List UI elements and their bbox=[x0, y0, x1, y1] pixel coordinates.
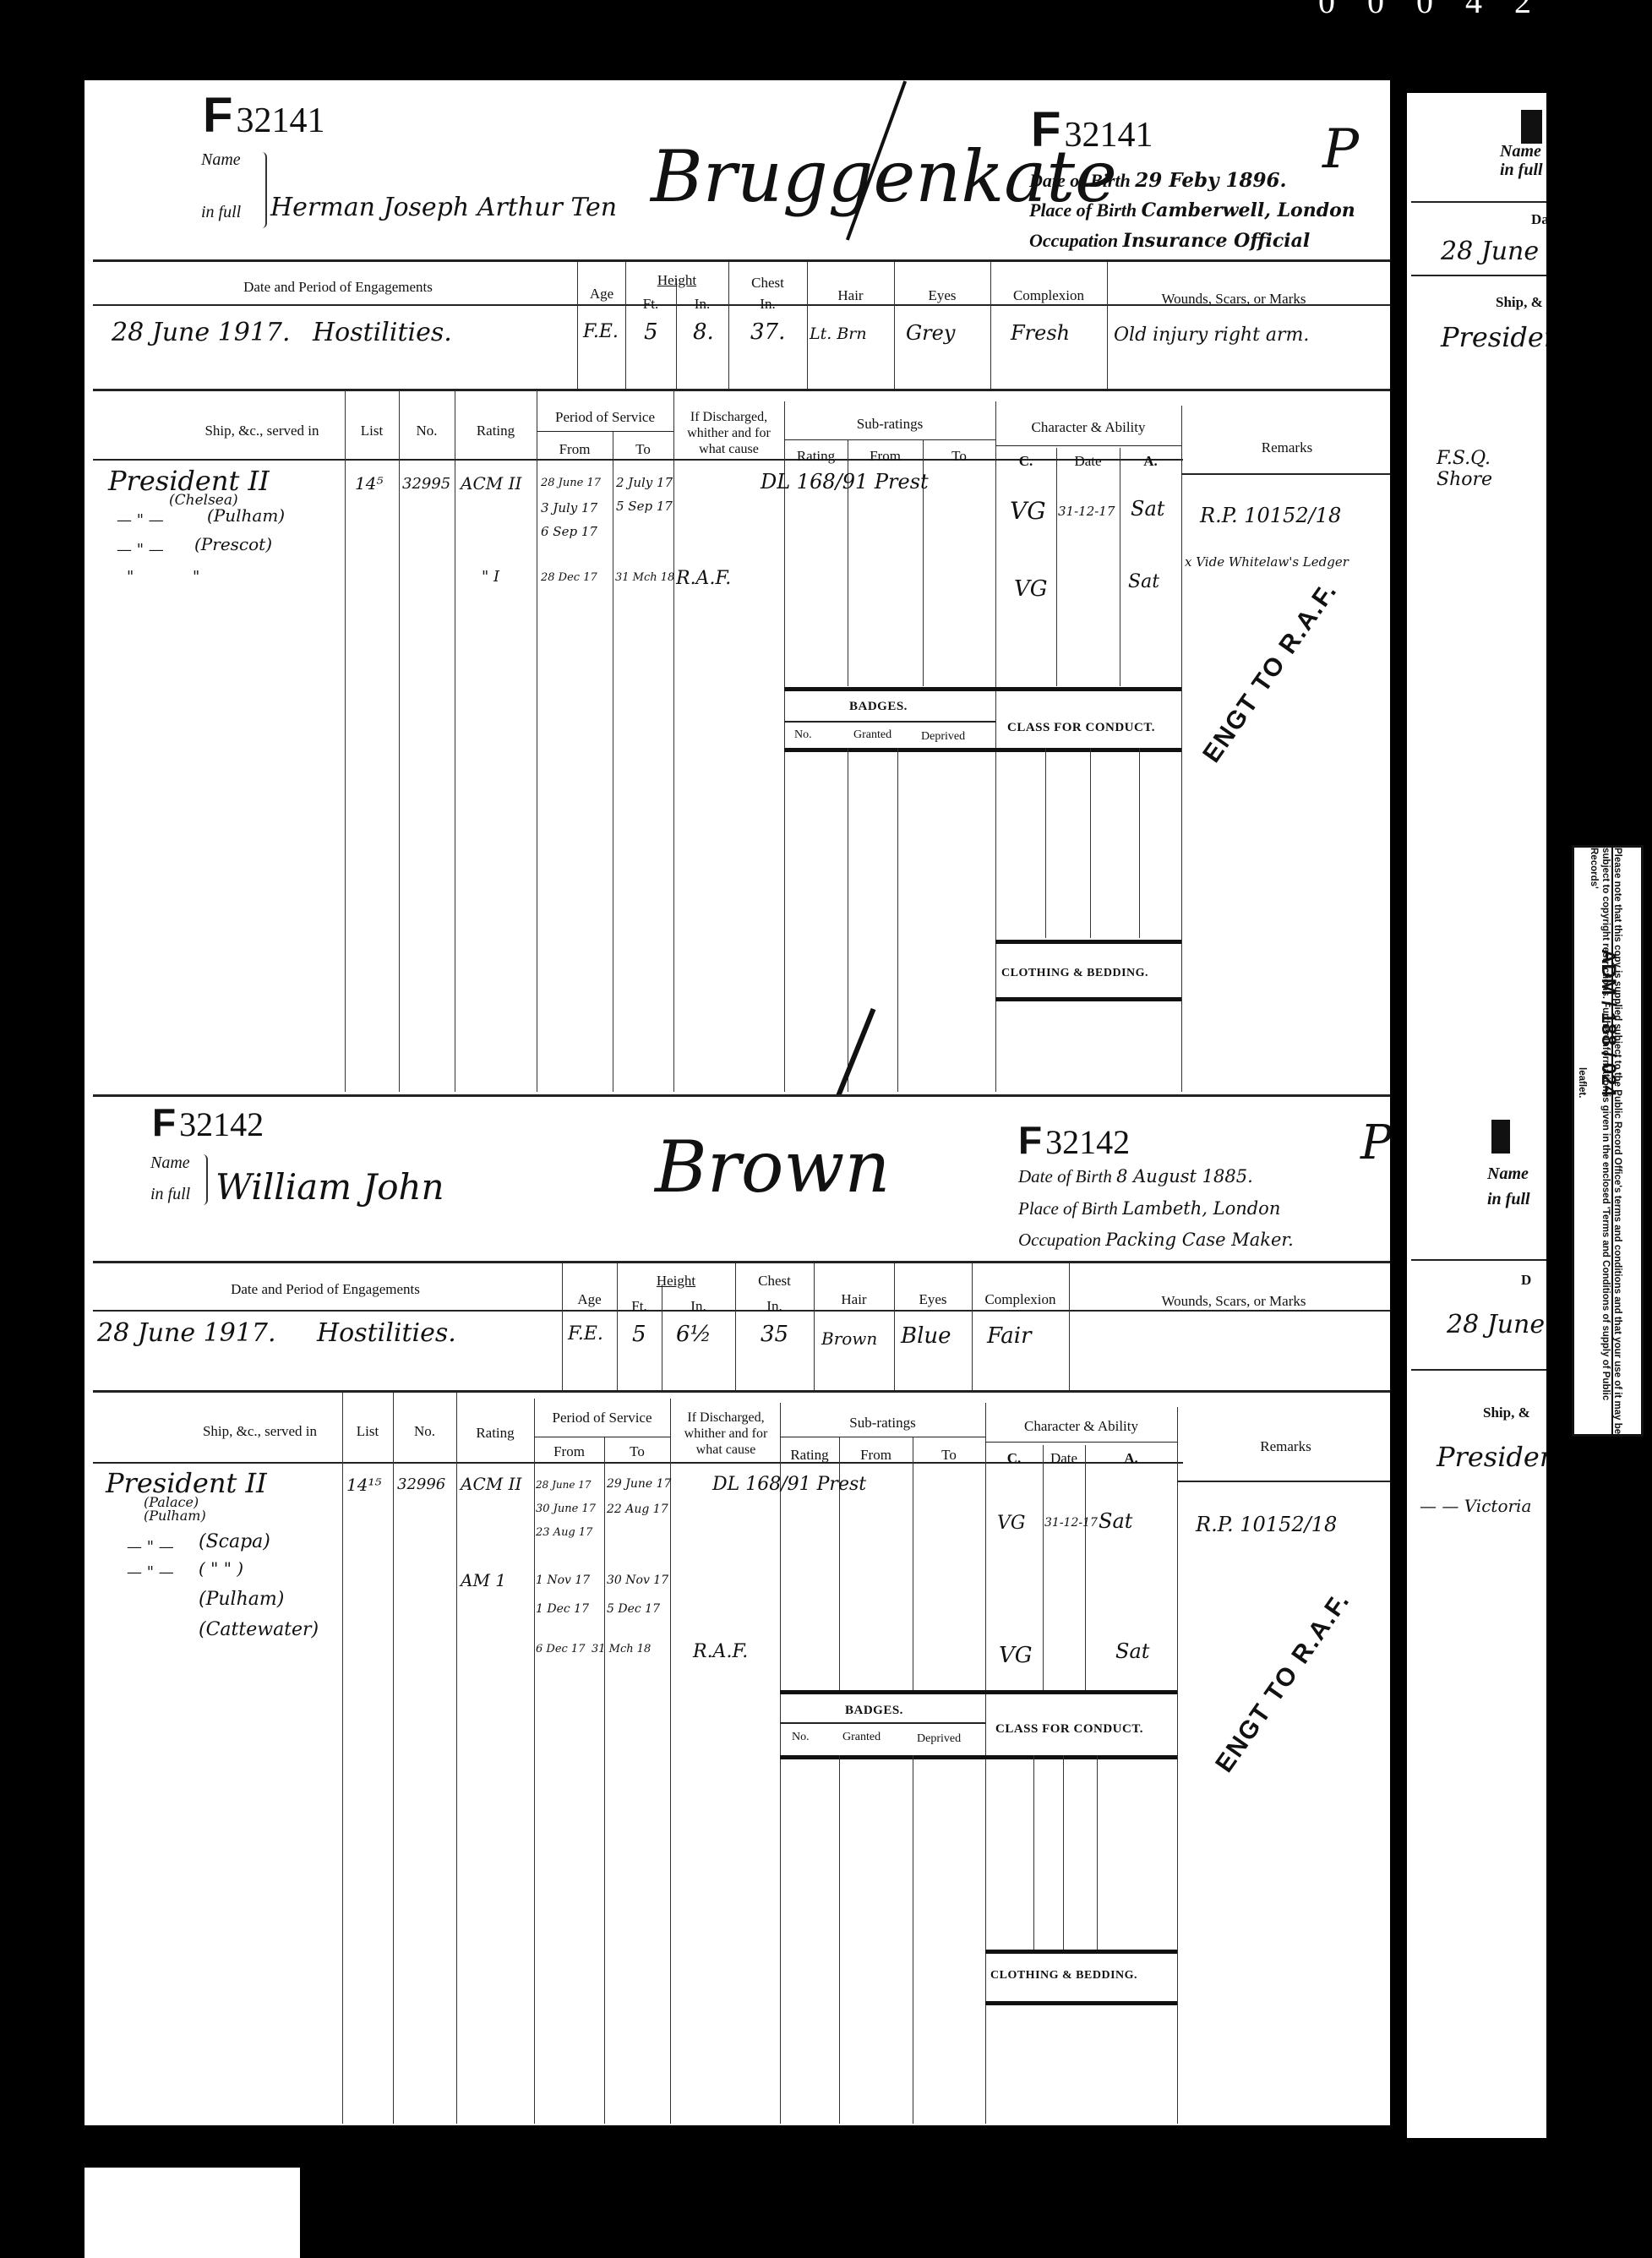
ship-sub: " bbox=[193, 568, 199, 586]
pob-value: Camberwell, London bbox=[1142, 199, 1355, 221]
to-value: 31 Mch 18 bbox=[592, 1643, 651, 1655]
character-a: Sat bbox=[1099, 1509, 1132, 1533]
rating-header: Rating bbox=[456, 1425, 534, 1442]
class-conduct-header: CLASS FOR CONDUCT. bbox=[995, 1722, 1143, 1737]
ship-header: Ship, &c., served in bbox=[186, 423, 338, 439]
class-conduct-header: CLASS FOR CONDUCT. bbox=[1007, 721, 1155, 735]
col-line bbox=[894, 1263, 895, 1390]
wounds-value: Old injury right arm. bbox=[1114, 325, 1309, 346]
in-full-label: in full bbox=[1487, 1190, 1530, 1209]
subratings-header: Sub-ratings bbox=[784, 416, 995, 433]
no-header: No. bbox=[393, 1423, 456, 1440]
ship-value: — " — bbox=[117, 541, 164, 559]
divider bbox=[995, 940, 1181, 944]
pob-row: Place of Birth Camberwell, London bbox=[1029, 199, 1355, 221]
divider bbox=[780, 1437, 985, 1437]
dob-label: Date of Birth bbox=[1018, 1166, 1112, 1186]
eyes-header: Eyes bbox=[894, 287, 990, 304]
f-prefix: F bbox=[203, 91, 232, 140]
ship-sub: (Cattewater) bbox=[199, 1619, 319, 1640]
character-a: Sat bbox=[1131, 497, 1164, 521]
divider bbox=[93, 259, 1394, 262]
discharge-value: R.A.F. bbox=[693, 1641, 748, 1662]
hair-value: Lt. Brn bbox=[810, 325, 867, 343]
divider bbox=[784, 687, 1181, 691]
col-line bbox=[780, 1403, 781, 2124]
f-prefix-fragment bbox=[1521, 110, 1542, 144]
in-full-label: in full bbox=[150, 1185, 190, 1204]
service-number-right: F32141 bbox=[1031, 106, 1153, 155]
pob-value: Lambeth, London bbox=[1122, 1198, 1280, 1219]
given-names: William John bbox=[215, 1166, 444, 1208]
chest-header: Chest bbox=[728, 275, 807, 292]
f-prefix-fragment bbox=[1491, 1120, 1510, 1154]
ship-value: " bbox=[127, 568, 134, 586]
from-value: 30 June 17 bbox=[536, 1503, 596, 1515]
col-line bbox=[848, 748, 848, 1092]
ship-sub: (Palace) (Pulham) bbox=[144, 1496, 237, 1523]
complexion-value: Fair bbox=[987, 1323, 1032, 1349]
divider bbox=[995, 997, 1181, 1001]
subrating-rating-header: Rating bbox=[784, 448, 848, 465]
character-c: VG bbox=[1010, 497, 1046, 525]
a-header: A. bbox=[1120, 453, 1181, 470]
divider bbox=[985, 1950, 1177, 1954]
occupation-row: Occupation Packing Case Maker. bbox=[1018, 1230, 1294, 1251]
notice-text: Please note that this copy is supplied s… bbox=[1576, 848, 1623, 1439]
divider bbox=[995, 445, 1181, 446]
ship-sub: (Pulham) bbox=[199, 1589, 284, 1610]
divider bbox=[534, 1437, 670, 1437]
height-ft-header: Ft. bbox=[625, 296, 676, 313]
ship-sub: ( " " ) bbox=[199, 1558, 243, 1579]
date-fragment: 28 June bbox=[1441, 237, 1539, 266]
col-line bbox=[784, 401, 785, 1092]
remarks-value: x Vide Whitelaw's Ledger bbox=[1185, 554, 1349, 570]
note-fragment: — — Victoria bbox=[1420, 1496, 1531, 1516]
col-line bbox=[1033, 1755, 1034, 1950]
col-line bbox=[814, 1263, 815, 1390]
notice-line: subject to copyright restrictions. Furth… bbox=[1588, 848, 1611, 1439]
from-value: 23 Aug 17 bbox=[536, 1526, 592, 1539]
clothing-bedding-header: CLOTHING & BEDDING. bbox=[1001, 967, 1148, 980]
character-date: 31-12-17 bbox=[1058, 504, 1115, 519]
hair-value: Brown bbox=[821, 1328, 877, 1349]
character-header: Character & Ability bbox=[985, 1418, 1177, 1435]
col-line bbox=[1063, 1755, 1064, 1950]
col-line bbox=[613, 431, 613, 1092]
engagement-header: Date and Period of Engagements bbox=[101, 279, 575, 296]
dob-row: Date of Birth 29 Feby 1896. bbox=[1029, 169, 1287, 192]
ship-header-fragment: Ship, & bbox=[1496, 294, 1543, 311]
divider bbox=[93, 389, 1394, 391]
chest-value: 35 bbox=[761, 1322, 788, 1347]
complexion-header: Complexion bbox=[972, 1291, 1069, 1308]
col-line bbox=[913, 1755, 913, 2124]
f-prefix: F bbox=[1031, 106, 1060, 155]
col-line bbox=[990, 262, 991, 389]
to-value: 22 Aug 17 bbox=[607, 1503, 668, 1516]
period-header: Period of Service bbox=[534, 1410, 670, 1426]
col-line bbox=[897, 748, 898, 1092]
height-ft-value: 5 bbox=[632, 1322, 646, 1347]
list-header: List bbox=[345, 423, 399, 439]
col-line bbox=[577, 262, 578, 389]
character-c: VG bbox=[999, 1643, 1033, 1668]
badges-header: BADGES. bbox=[849, 700, 908, 714]
col-line bbox=[1085, 1445, 1086, 1690]
dob-row: Date of Birth 8 August 1885. bbox=[1018, 1166, 1253, 1187]
col-line bbox=[670, 1399, 671, 2124]
from-value: 28 June 17 bbox=[541, 477, 601, 489]
eyes-header: Eyes bbox=[894, 1291, 972, 1308]
badges-header: BADGES. bbox=[845, 1704, 903, 1718]
from-header: From bbox=[537, 441, 613, 458]
divider bbox=[784, 721, 995, 723]
date-header: Date bbox=[1056, 453, 1120, 470]
date-header-fragment: D bbox=[1521, 1272, 1531, 1289]
character-a: Sat bbox=[1115, 1639, 1149, 1663]
hair-header: Hair bbox=[807, 287, 894, 304]
chest-in-header: In. bbox=[735, 1298, 814, 1315]
dob-value: 29 Feby 1896. bbox=[1135, 169, 1286, 192]
divider bbox=[537, 431, 673, 432]
service-number: 32141 bbox=[1064, 116, 1153, 155]
from-value: 6 Sep 17 bbox=[541, 524, 597, 539]
service-number-left: F32141 bbox=[203, 91, 324, 141]
subrating-to-header: To bbox=[923, 448, 995, 465]
service-number: 32142 bbox=[179, 1105, 264, 1143]
c-header: C. bbox=[995, 453, 1056, 470]
page-divider-bar bbox=[1390, 80, 1407, 2142]
character-date: 31-12-17 bbox=[1044, 1516, 1098, 1530]
to-value: 5 Dec 17 bbox=[607, 1602, 660, 1616]
no-header: No. bbox=[399, 423, 455, 439]
badges-no-header: No. bbox=[792, 1731, 810, 1744]
to-value: 31 Mch 18 bbox=[615, 571, 674, 584]
height-in-value: 6½ bbox=[676, 1322, 712, 1347]
col-line bbox=[345, 390, 346, 1092]
no-value: 32995 bbox=[402, 475, 450, 493]
from-header: From bbox=[534, 1443, 604, 1460]
character-c: VG bbox=[1014, 576, 1048, 602]
from-value: 1 Nov 17 bbox=[536, 1574, 590, 1587]
f-prefix: F bbox=[152, 1103, 176, 1142]
col-line bbox=[1181, 406, 1182, 1092]
height-header: Height bbox=[617, 1273, 735, 1290]
col-line bbox=[972, 1263, 973, 1390]
adjacent-card-strip bbox=[1407, 93, 1546, 2138]
in-full-label: in full bbox=[201, 203, 241, 222]
engagement-period: Hostilities. bbox=[317, 1318, 456, 1348]
col-line bbox=[562, 1263, 563, 1390]
remarks-header: Remarks bbox=[1177, 1438, 1394, 1455]
age-value: F.E. bbox=[568, 1323, 603, 1344]
divider bbox=[1411, 1369, 1546, 1371]
col-line bbox=[534, 1399, 535, 2124]
record-separator bbox=[93, 1094, 1394, 1097]
height-ft-header: Ft. bbox=[617, 1298, 662, 1315]
to-value: 30 Nov 17 bbox=[607, 1574, 668, 1587]
divider bbox=[780, 1690, 1177, 1694]
ship-sub: (Prescot) bbox=[194, 534, 272, 554]
bottom-white-label bbox=[85, 2168, 300, 2258]
col-line bbox=[1056, 448, 1057, 686]
occupation-label: Occupation bbox=[1029, 230, 1118, 251]
dob-value: 8 August 1885. bbox=[1116, 1166, 1253, 1186]
name-label: Name bbox=[1500, 142, 1541, 161]
ship-sub: (Scapa) bbox=[199, 1531, 270, 1552]
divider bbox=[1181, 473, 1393, 475]
col-line bbox=[1107, 262, 1108, 389]
subrating-to-header: To bbox=[913, 1447, 985, 1464]
f-prefix: F bbox=[1018, 1121, 1042, 1159]
col-line bbox=[1043, 1445, 1044, 1690]
given-names: Herman Joseph Arthur Ten bbox=[270, 193, 617, 222]
list-value: 14¹⁵ bbox=[346, 1475, 381, 1495]
top-edge-number: 0 0 0 4 2 bbox=[1318, 0, 1543, 21]
divider bbox=[985, 1442, 1177, 1443]
to-value: 2 July 17 bbox=[616, 475, 673, 490]
age-header: Age bbox=[562, 1291, 617, 1308]
col-line bbox=[342, 1393, 343, 2124]
height-header: Height bbox=[625, 272, 728, 289]
ship-header-fragment: Ship, & bbox=[1483, 1404, 1530, 1421]
divider bbox=[784, 439, 995, 440]
to-value: 29 June 17 bbox=[607, 1477, 671, 1491]
c-header: C. bbox=[985, 1450, 1043, 1467]
from-value: 3 July 17 bbox=[541, 500, 597, 515]
service-number-right: F32142 bbox=[1018, 1121, 1130, 1162]
margin-mark: P bbox=[1360, 1115, 1393, 1170]
remarks-header: Remarks bbox=[1181, 439, 1393, 456]
note-fragment: F.S.Q. Shore bbox=[1437, 448, 1538, 490]
col-line bbox=[1120, 448, 1120, 686]
notice-line: leaflet. bbox=[1576, 848, 1588, 1439]
col-line bbox=[604, 1437, 605, 2124]
name-label: Name bbox=[1487, 1164, 1529, 1184]
rating-value: ACM II bbox=[461, 473, 521, 494]
divider bbox=[1177, 1481, 1394, 1482]
col-line bbox=[393, 1393, 394, 2124]
occupation-value: Insurance Official bbox=[1123, 230, 1311, 252]
col-line bbox=[1090, 748, 1091, 938]
pob-label: Place of Birth bbox=[1029, 199, 1137, 221]
age-value: F.E. bbox=[583, 321, 619, 342]
col-line bbox=[455, 390, 455, 1092]
period-header: Period of Service bbox=[537, 409, 673, 426]
badges-granted-header: Granted bbox=[842, 1731, 881, 1744]
badges-granted-header: Granted bbox=[853, 728, 891, 742]
subratings-header: Sub-ratings bbox=[780, 1415, 985, 1432]
divider bbox=[93, 1261, 1394, 1263]
ship-sub: (Pulham) bbox=[207, 505, 285, 526]
col-line bbox=[399, 390, 400, 1092]
engagement-header: Date and Period of Engagements bbox=[93, 1281, 558, 1298]
discharge-note: DL 168/91 Prest bbox=[761, 470, 929, 494]
date-header: Date bbox=[1043, 1450, 1085, 1467]
rating-value: " I bbox=[482, 568, 499, 586]
complexion-value: Fresh bbox=[1011, 321, 1070, 345]
character-a: Sat bbox=[1128, 571, 1159, 592]
list-header: List bbox=[342, 1423, 393, 1440]
list-value: 14⁵ bbox=[355, 473, 383, 494]
divider bbox=[780, 1722, 985, 1724]
to-header: To bbox=[604, 1443, 670, 1460]
badges-deprived-header: Deprived bbox=[917, 1732, 961, 1746]
ship-value: — " — bbox=[117, 511, 164, 529]
discharge-header: If Discharged, whither and for what caus… bbox=[676, 409, 782, 457]
badges-deprived-header: Deprived bbox=[921, 730, 965, 744]
divider bbox=[1411, 275, 1546, 276]
chest-value: 37. bbox=[750, 319, 785, 345]
height-ft-value: 5 bbox=[644, 319, 658, 345]
clothing-bedding-header: CLOTHING & BEDDING. bbox=[990, 1969, 1137, 1983]
divider bbox=[784, 748, 1181, 752]
remarks-value: R.P. 10152/18 bbox=[1196, 1513, 1337, 1536]
subrating-from-header: From bbox=[839, 1447, 913, 1464]
notice-line: Please note that this copy is supplied s… bbox=[1611, 848, 1623, 1439]
occupation-label: Occupation bbox=[1018, 1230, 1101, 1250]
col-line bbox=[985, 1403, 986, 2124]
engagement-date: 28 June 1917. bbox=[112, 318, 291, 347]
copyright-notice-label: ADM / 188 / 024 Please note that this co… bbox=[1572, 845, 1644, 1437]
height-in-header: In. bbox=[662, 1298, 735, 1315]
chest-header: Chest bbox=[735, 1273, 814, 1290]
col-line bbox=[1069, 1263, 1070, 1390]
col-line bbox=[1139, 748, 1140, 938]
col-line bbox=[913, 1437, 913, 1690]
to-header: To bbox=[613, 441, 673, 458]
col-line bbox=[1097, 1755, 1098, 1950]
margin-mark: P bbox=[1322, 118, 1359, 181]
subrating-rating-header: Rating bbox=[780, 1447, 839, 1464]
service-number-left: F32142 bbox=[152, 1103, 264, 1144]
service-number: 32142 bbox=[1045, 1123, 1130, 1161]
remarks-value: R.P. 10152/18 bbox=[1200, 504, 1341, 527]
wounds-header: Wounds, Scars, or Marks bbox=[1090, 1293, 1377, 1310]
in-full-label: in full bbox=[1500, 161, 1543, 180]
height-in-header: In. bbox=[676, 296, 728, 313]
engagement-date: 28 June 1917. bbox=[97, 1318, 276, 1348]
rating-header: Rating bbox=[455, 423, 537, 439]
name-bracket bbox=[201, 1154, 208, 1205]
eyes-value: Blue bbox=[901, 1323, 951, 1349]
divider bbox=[985, 2001, 1177, 2005]
complexion-header: Complexion bbox=[990, 287, 1107, 304]
service-number: 32141 bbox=[236, 101, 324, 140]
ship-header: Ship, &c., served in bbox=[182, 1423, 338, 1440]
col-line bbox=[995, 401, 996, 1092]
discharge-header: If Discharged, whither and for what caus… bbox=[672, 1410, 780, 1458]
col-line bbox=[456, 1393, 457, 2124]
dob-label: Date of Birth bbox=[1029, 170, 1131, 191]
name-label: Name bbox=[150, 1154, 190, 1173]
height-in-value: 8. bbox=[693, 319, 714, 345]
eyes-value: Grey bbox=[906, 321, 955, 345]
from-value: 28 June 17 bbox=[536, 1479, 592, 1491]
a-header: A. bbox=[1085, 1450, 1177, 1467]
occupation-row: Occupation Insurance Official bbox=[1029, 230, 1310, 252]
service-record-page bbox=[85, 80, 1390, 2125]
wounds-header: Wounds, Scars, or Marks bbox=[1107, 291, 1360, 308]
col-line bbox=[537, 390, 537, 1092]
rating-value: ACM II bbox=[461, 1474, 521, 1494]
col-line bbox=[1045, 748, 1046, 938]
name-bracket bbox=[259, 152, 267, 228]
engagement-period: Hostilities. bbox=[313, 318, 452, 347]
ship-value: — " — bbox=[127, 1538, 174, 1556]
ship-value: — " — bbox=[127, 1563, 174, 1581]
divider bbox=[1411, 201, 1546, 203]
occupation-value: Packing Case Maker. bbox=[1105, 1230, 1294, 1250]
name-label: Name bbox=[201, 150, 241, 170]
date-fragment: 28 June bbox=[1447, 1310, 1545, 1339]
col-line bbox=[894, 262, 895, 389]
col-line bbox=[839, 1755, 840, 2124]
chest-in-header: In. bbox=[728, 296, 807, 313]
character-header: Character & Ability bbox=[995, 419, 1181, 436]
badges-no-header: No. bbox=[794, 728, 812, 742]
pob-row: Place of Birth Lambeth, London bbox=[1018, 1198, 1280, 1219]
from-value: 28 Dec 17 bbox=[541, 571, 597, 584]
discharge-note: DL 168/91 Prest bbox=[712, 1474, 866, 1495]
divider bbox=[1411, 1259, 1546, 1261]
rating-value: AM 1 bbox=[461, 1570, 506, 1590]
age-header: Age bbox=[578, 286, 625, 303]
col-line bbox=[1177, 1407, 1178, 2124]
subrating-from-header: From bbox=[848, 448, 923, 465]
divider bbox=[93, 1390, 1394, 1393]
from-value: 6 Dec 17 bbox=[536, 1643, 585, 1655]
character-c: VG bbox=[997, 1513, 1025, 1534]
col-line bbox=[673, 390, 674, 1092]
discharge-value: R.A.F. bbox=[676, 568, 731, 589]
from-value: 1 Dec 17 bbox=[536, 1602, 589, 1616]
no-value: 32996 bbox=[397, 1475, 445, 1493]
hair-header: Hair bbox=[814, 1291, 894, 1308]
pob-label: Place of Birth bbox=[1018, 1198, 1118, 1219]
to-value: 5 Sep 17 bbox=[616, 499, 673, 514]
surname: Brown bbox=[655, 1126, 890, 1208]
col-line bbox=[807, 262, 808, 389]
